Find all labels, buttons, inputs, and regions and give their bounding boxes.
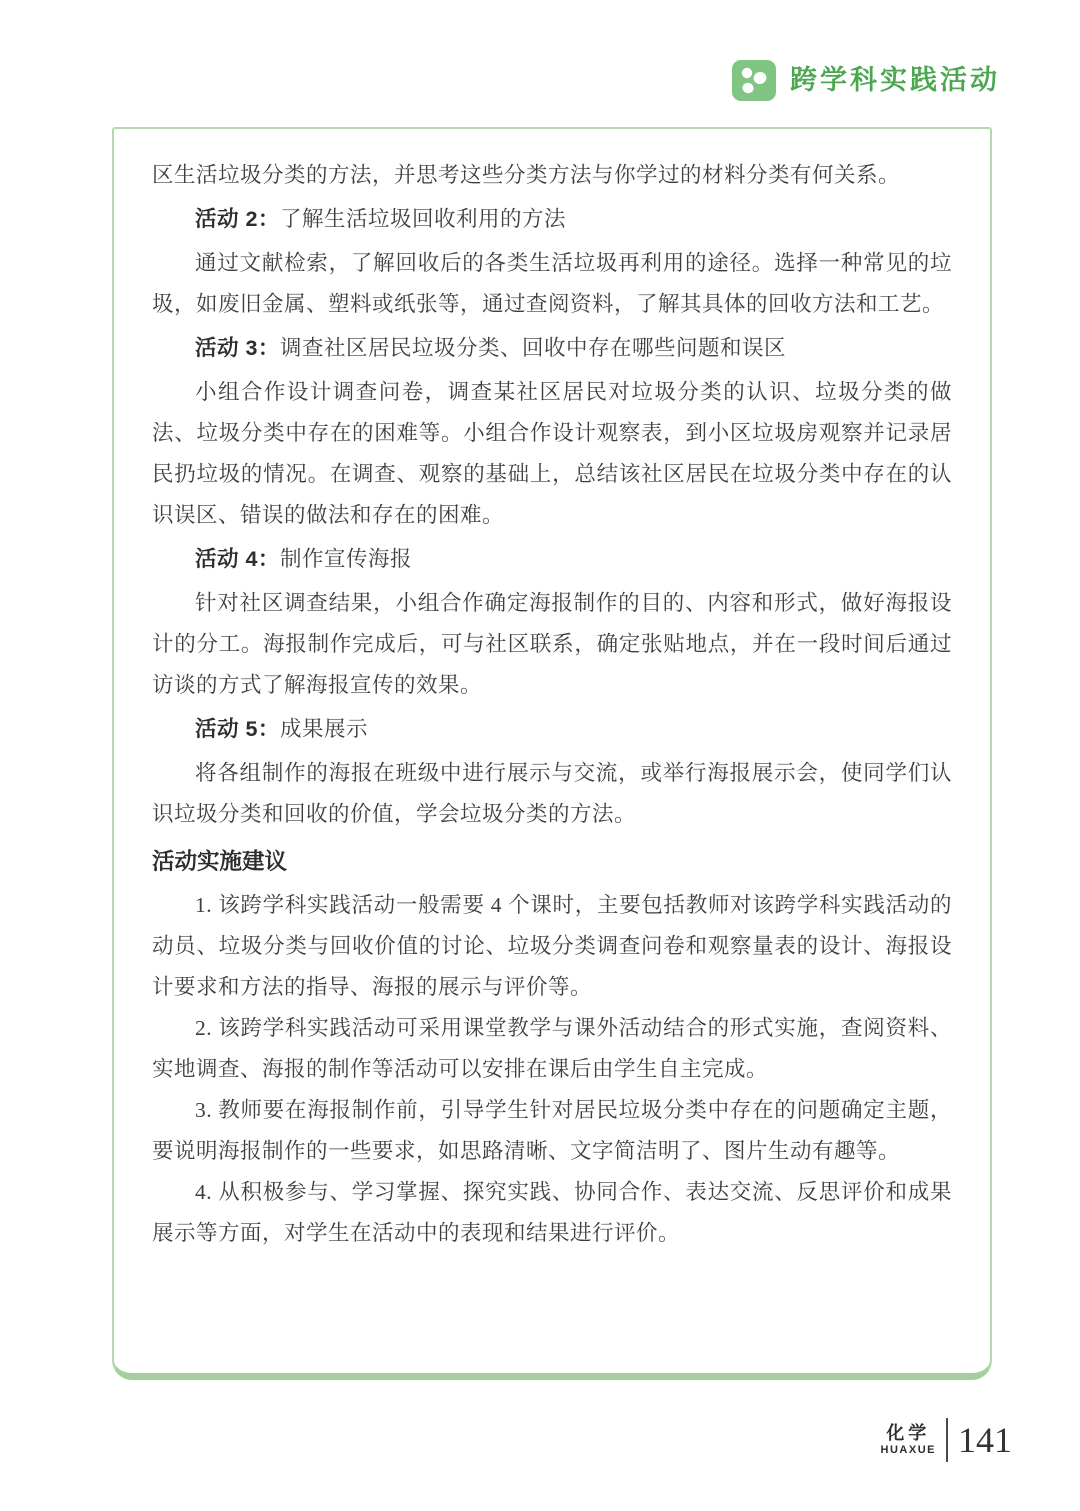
activity-heading: 活动 5：成果展示 [152, 709, 952, 750]
body-paragraph: 小组合作设计调查问卷，调查某社区居民对垃圾分类的认识、垃圾分类的做法、垃圾分类中… [152, 372, 952, 536]
activity-label: 活动 5： [195, 717, 280, 741]
numbered-item: 4. 从积极参与、学习掌握、探究实践、协同合作、表达交流、反思评价和成果展示等方… [152, 1172, 952, 1254]
interdisciplinary-activity-icon [732, 60, 776, 101]
activity-title: 制作宣传海报 [280, 547, 412, 571]
subject-block: 化学 HUAXUE [881, 1424, 936, 1456]
section-heading: 活动实施建议 [152, 841, 952, 882]
body-paragraph: 针对社区调查结果，小组合作确定海报制作的目的、内容和形式，做好海报设计的分工。海… [152, 583, 952, 706]
numbered-item: 1. 该跨学科实践活动一般需要 4 个课时，主要包括教师对该跨学科实践活动的动员… [152, 885, 952, 1008]
activity-label: 活动 4： [195, 547, 280, 571]
page-footer: 化学 HUAXUE 141 [881, 1418, 1012, 1462]
header-badge: 跨学科实践活动 [732, 60, 1000, 101]
page-section-title: 跨学科实践活动 [790, 60, 1000, 101]
activity-label: 活动 3： [195, 336, 280, 360]
subject-romanized: HUAXUE [881, 1445, 936, 1456]
body-paragraph: 通过文献检索，了解回收后的各类生活垃圾再利用的途径。选择一种常见的垃圾，如废旧金… [152, 243, 952, 325]
activity-heading: 活动 2：了解生活垃圾回收利用的方法 [152, 199, 952, 240]
activity-label: 活动 2： [195, 207, 280, 231]
activity-title: 调查社区居民垃圾分类、回收中存在哪些问题和误区 [280, 336, 786, 360]
numbered-item: 2. 该跨学科实践活动可采用课堂教学与课外活动结合的形式实施，查阅资料、实地调查… [152, 1008, 952, 1090]
content-box: 区生活垃圾分类的方法，并思考这些分类方法与你学过的材料分类有何关系。活动 2：了… [112, 127, 992, 1380]
continuation-paragraph: 区生活垃圾分类的方法，并思考这些分类方法与你学过的材料分类有何关系。 [152, 155, 952, 196]
activity-heading: 活动 4：制作宣传海报 [152, 539, 952, 580]
subject-name: 化学 [881, 1424, 936, 1442]
activity-title: 成果展示 [280, 717, 368, 741]
body-paragraph: 将各组制作的海报在班级中进行展示与交流，或举行海报展示会，使同学们认识垃圾分类和… [152, 753, 952, 835]
page-number: 141 [958, 1422, 1012, 1458]
activity-title: 了解生活垃圾回收利用的方法 [280, 207, 566, 231]
footer-divider [946, 1418, 948, 1462]
numbered-item: 3. 教师要在海报制作前，引导学生针对居民垃圾分类中存在的问题确定主题，要说明海… [152, 1090, 952, 1172]
activity-heading: 活动 3：调查社区居民垃圾分类、回收中存在哪些问题和误区 [152, 328, 952, 369]
